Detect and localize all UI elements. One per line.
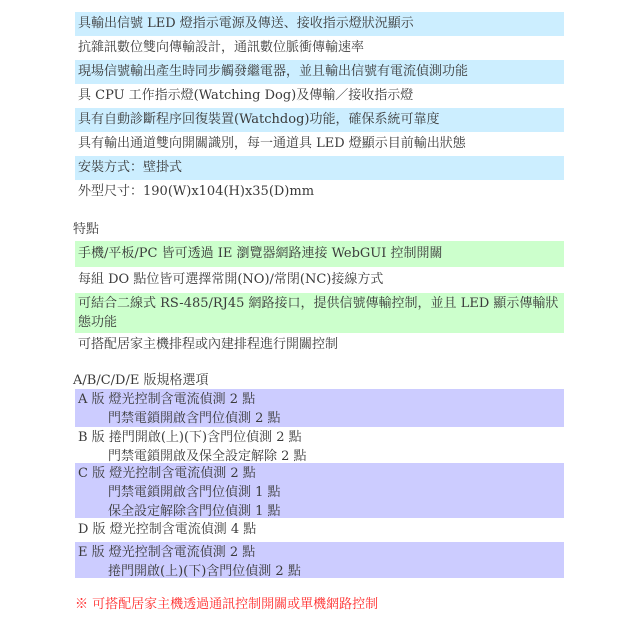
version-label: D 版 (78, 522, 106, 537)
spec-item: 具有自動診斷程序回復裝置(Watchdog)功能，確保系統可靠度 (75, 108, 564, 132)
version-label: E 版 (78, 545, 105, 560)
version-line-text: 門禁電鎖開啟含門位偵測 2 點 (78, 409, 564, 427)
versions-title: A/B/C/D/E 版規格選項 (73, 371, 208, 391)
spec-item: 具有輸出通道雙向開關識別，每一通道具 LED 燈顯示目前輸出狀態 (75, 132, 564, 156)
version-line-text: 燈光控制含電流偵測 2 點 (109, 466, 256, 481)
version-line-text: 門禁電鎖開啟及保全設定解除 2 點 (78, 447, 564, 463)
version-line-text: 門禁電鎖開啟含門位偵測 1 點 (78, 483, 564, 502)
feature-item: 可搭配居家主機排程或內建排程進行開關控制 (75, 333, 564, 357)
features-title: 特點 (73, 220, 99, 240)
version-label: C 版 (78, 466, 105, 481)
version-line-text: 捲門開啟(上)(下)含門位偵測 2 點 (109, 430, 302, 445)
version-option-d: D 版 燈光控制含電流偵測 4 點 (75, 518, 564, 542)
footnote: ※ 可搭配居家主機透過通訊控制開關或單機網路控制 (75, 595, 378, 615)
version-line-text: 捲門開啟(上)(下)含門位偵測 2 點 (78, 562, 564, 578)
version-option-c: C 版 燈光控制含電流偵測 2 點 門禁電鎖開啟含門位偵測 1 點 保全設定解除… (75, 463, 564, 518)
spec-item: 抗雜訊數位雙向傳輸設計，通訊數位脈衝傳輸速率 (75, 36, 564, 60)
version-line: C 版 燈光控制含電流偵測 2 點 (78, 464, 564, 483)
version-label: A 版 (78, 392, 105, 407)
feature-item: 手機/平板/PC 皆可透過 IE 瀏覽器網路連接 WebGUI 控制開關 (75, 241, 564, 267)
version-option-a: A 版 燈光控制含電流偵測 2 點 門禁電鎖開啟含門位偵測 2 點 (75, 389, 564, 427)
version-option-e: E 版 燈光控制含電流偵測 2 點 捲門開啟(上)(下)含門位偵測 2 點 (75, 542, 564, 578)
spec-item: 現場信號輸出產生時同步觸發繼電器，並且輸出信號有電流偵測功能 (75, 60, 564, 84)
version-line-text: 燈光控制含電流偵測 2 點 (109, 545, 256, 560)
feature-item: 每組 DO 點位皆可選擇常開(NO)/常閉(NC)接線方式 (75, 268, 564, 292)
spec-item: 外型尺寸：190(W)x104(H)x35(D)mm (75, 180, 564, 204)
version-line: E 版 燈光控制含電流偵測 2 點 (78, 543, 564, 562)
version-line-text: 保全設定解除含門位偵測 1 點 (78, 502, 564, 518)
spec-item: 安裝方式：壁掛式 (75, 156, 564, 180)
version-line-text: 燈光控制含電流偵測 2 點 (109, 392, 256, 407)
spec-item: 具 CPU 工作指示燈(Watching Dog)及傳輸／接收指示燈 (75, 84, 564, 108)
version-line: A 版 燈光控制含電流偵測 2 點 (78, 390, 564, 409)
version-line: B 版 捲門開啟(上)(下)含門位偵測 2 點 (78, 428, 564, 447)
spec-item: 具輸出信號 LED 燈指示電源及傳送、接收指示燈狀況顯示 (75, 12, 564, 36)
version-line-text: 燈光控制含電流偵測 4 點 (110, 522, 257, 537)
version-option-b: B 版 捲門開啟(上)(下)含門位偵測 2 點 門禁電鎖開啟及保全設定解除 2 … (75, 427, 564, 463)
version-label: B 版 (78, 430, 105, 445)
feature-item: 可結合二線式 RS-485/RJ45 網路接口，提供信號傳輸控制，並且 LED … (75, 293, 564, 333)
